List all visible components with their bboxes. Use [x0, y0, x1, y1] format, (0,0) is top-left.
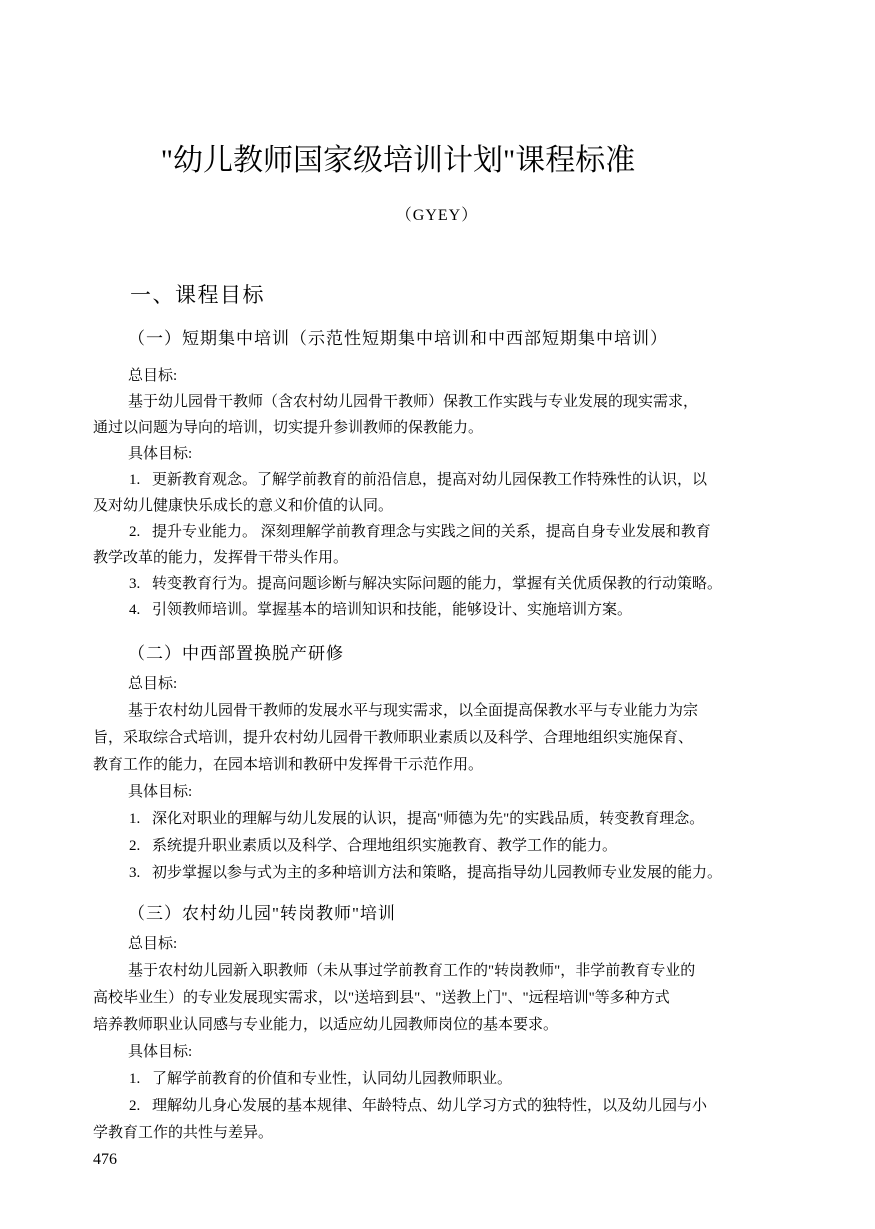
list-item: 1.了解学前教育的价值和专业性，认同幼儿园教师职业。: [93, 1066, 741, 1093]
list-number: 2.: [129, 1093, 140, 1120]
list-item: 2.系统提升职业素质以及科学、合理地组织实施教育、教学工作的能力。: [93, 833, 741, 860]
paragraph-line: 旨，采取综合式培训，提升农村幼儿园骨干教师职业素质以及科学、合理地组织实施保育、: [93, 725, 741, 752]
paragraph-line: 培养教师职业认同感与专业能力，以适应幼儿园教师岗位的基本要求。: [93, 1012, 741, 1039]
document-title: "幼儿教师国家级培训计划"课程标准: [93, 140, 703, 182]
list-number: 3.: [129, 571, 140, 597]
list-item: 2.理解幼儿身心发展的基本规律、年龄特点、幼儿学习方式的独特性，以及幼儿园与小: [93, 1093, 741, 1120]
paragraph-line: 基于幼儿园骨干教师（含农村幼儿园骨干教师）保教工作实践与专业发展的现实需求，: [93, 389, 741, 415]
paragraph-line: 基于农村幼儿园骨干教师的发展水平与现实需求，以全面提高保教水平与专业能力为宗: [93, 698, 741, 725]
list-item-text: 理解幼儿身心发展的基本规律、年龄特点、幼儿学习方式的独特性，以及幼儿园与小: [152, 1098, 707, 1114]
list-item-text: 提升专业能力。 深刻理解学前教育理念与实践之间的关系，提高自身专业发展和教育: [152, 524, 711, 540]
section-body: 总目标: 基于农村幼儿园骨干教师的发展水平与现实需求，以全面提高保教水平与专业能…: [93, 671, 741, 887]
list-item-text: 系统提升职业素质以及科学、合理地组织实施教育、教学工作的能力。: [152, 838, 617, 854]
list-number: 2.: [129, 833, 140, 860]
paragraph-line: 教育工作的能力，在园本培训和教研中发挥骨干示范作用。: [93, 752, 741, 779]
label-general-goal: 总目标:: [128, 363, 741, 389]
list-item-text: 初步掌握以参与式为主的多种培训方法和策略，提高指导幼儿园教师专业发展的能力。: [152, 865, 722, 881]
label-specific-goals: 具体目标:: [128, 779, 741, 806]
list-number: 1.: [129, 467, 140, 493]
list-item-continuation: 学教育工作的共性与差异。: [93, 1120, 741, 1147]
list-number: 1.: [129, 806, 140, 833]
list-item-text: 深化对职业的理解与幼儿发展的认识，提高"师德为先"的实践品质，转变教育理念。: [152, 811, 704, 827]
section-short-term-training: （一）短期集中培训（示范性短期集中培训和中西部短期集中培训） 总目标: 基于幼儿…: [93, 326, 741, 623]
list-item: 2.提升专业能力。 深刻理解学前教育理念与实践之间的关系，提高自身专业发展和教育: [93, 519, 741, 545]
list-item: 3.转变教育行为。提高问题诊断与解决实际问题的能力，掌握有关优质保教的行动策略。: [93, 571, 741, 597]
list-item-text: 更新教育观念。了解学前教育的前沿信息，提高对幼儿园保教工作特殊性的认识，以: [152, 472, 707, 488]
list-item-text: 转变教育行为。提高问题诊断与解决实际问题的能力，掌握有关优质保教的行动策略。: [152, 576, 722, 592]
section-transferred-teachers-training: （三）农村幼儿园"转岗教师"培训 总目标: 基于农村幼儿园新入职教师（未从事过学…: [93, 901, 741, 1147]
section-replacement-training: （二）中西部置换脱产研修 总目标: 基于农村幼儿园骨干教师的发展水平与现实需求，…: [93, 641, 741, 887]
document-subtitle: （GYEY）: [133, 205, 741, 227]
list-item: 4.引领教师培训。掌握基本的培训知识和技能，能够设计、实施培训方案。: [93, 597, 741, 623]
list-item-text: 引领教师培训。掌握基本的培训知识和技能，能够设计、实施培训方案。: [152, 602, 632, 618]
text-column: "幼儿教师国家级培训计划"课程标准 （GYEY） 一、课程目标 （一）短期集中培…: [93, 0, 741, 1147]
paragraph-line: 基于农村幼儿园新入职教师（未从事过学前教育工作的"转岗教师"，非学前教育专业的: [93, 958, 741, 985]
section-body: 总目标: 基于幼儿园骨干教师（含农村幼儿园骨干教师）保教工作实践与专业发展的现实…: [93, 363, 741, 623]
section-heading: （一）短期集中培训（示范性短期集中培训和中西部短期集中培训）: [128, 326, 741, 352]
label-specific-goals: 具体目标:: [128, 441, 741, 467]
label-specific-goals: 具体目标:: [128, 1039, 741, 1066]
section-body: 总目标: 基于农村幼儿园新入职教师（未从事过学前教育工作的"转岗教师"，非学前教…: [93, 931, 741, 1147]
list-number: 4.: [129, 597, 140, 623]
list-number: 2.: [129, 519, 140, 545]
label-general-goal: 总目标:: [128, 671, 741, 698]
list-item: 1.深化对职业的理解与幼儿发展的认识，提高"师德为先"的实践品质，转变教育理念。: [93, 806, 741, 833]
list-item: 1.更新教育观念。了解学前教育的前沿信息，提高对幼儿园保教工作特殊性的认识，以: [93, 467, 741, 493]
section-heading: （三）农村幼儿园"转岗教师"培训: [128, 901, 741, 927]
document-page: "幼儿教师国家级培训计划"课程标准 （GYEY） 一、课程目标 （一）短期集中培…: [0, 0, 875, 1229]
list-number: 3.: [129, 860, 140, 887]
list-item: 3.初步掌握以参与式为主的多种培训方法和策略，提高指导幼儿园教师专业发展的能力。: [93, 860, 741, 887]
list-number: 1.: [129, 1066, 140, 1093]
list-item-text: 了解学前教育的价值和专业性，认同幼儿园教师职业。: [152, 1071, 512, 1087]
section-heading: （二）中西部置换脱产研修: [128, 641, 741, 667]
paragraph-line: 通过以问题为导向的培训，切实提升参训教师的保教能力。: [93, 415, 741, 441]
page-number: 476: [93, 1150, 117, 1170]
label-general-goal: 总目标:: [128, 931, 741, 958]
list-item-continuation: 及对幼儿健康快乐成长的意义和价值的认同。: [93, 493, 741, 519]
paragraph-line: 高校毕业生）的专业发展现实需求，以"送培到县"、"送教上门"、"远程培训"等多种…: [93, 985, 741, 1012]
list-item-continuation: 教学改革的能力，发挥骨干带头作用。: [93, 545, 741, 571]
heading-course-objectives: 一、课程目标: [130, 280, 741, 310]
